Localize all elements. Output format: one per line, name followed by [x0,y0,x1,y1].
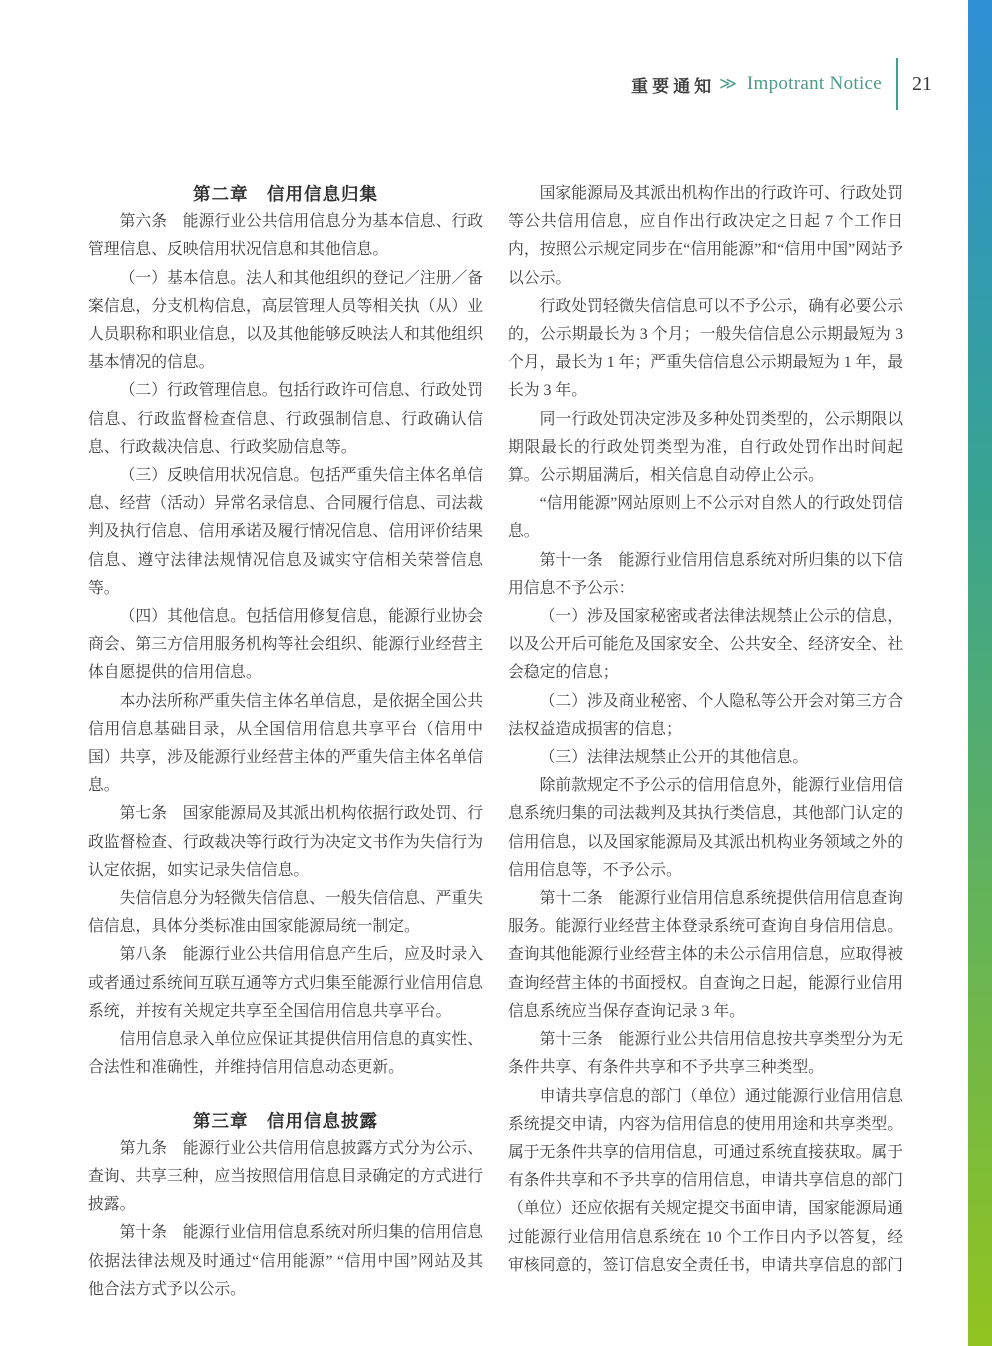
paragraph: 第十一条 能源行业信用信息系统对所归集的以下信用信息不予公示： [508,547,903,603]
paragraph: 信用信息录入单位应保证其提供信用信息的真实性、合法性和准确性，并维持信用信息动态… [88,1026,483,1082]
right-column: 国家能源局及其派出机构作出的行政许可、行政处罚等公共信用信息，应自作出行政决定之… [508,180,903,1304]
paragraph: （二）涉及商业秘密、个人隐私等公开会对第三方合法权益造成损害的信息； [508,688,903,744]
page-number: 21 [898,73,946,96]
paragraph: 失信信息分为轻微失信信息、一般失信信息、严重失信信息，具体分类标准由国家能源局统… [88,885,483,941]
document-page: 重要通知 ≫ Impotrant Notice 21 第二章 信用信息归集第六条… [0,0,992,1346]
document-body: 第二章 信用信息归集第六条 能源行业公共信用信息分为基本信息、行政管理信息、反映… [88,180,903,1304]
paragraph: 除前款规定不予公示的信用信息外，能源行业信用信息系统归集的司法裁判及其执行类信息… [508,772,903,885]
left-column: 第二章 信用信息归集第六条 能源行业公共信用信息分为基本信息、行政管理信息、反映… [88,180,483,1304]
paragraph: 第六条 能源行业公共信用信息分为基本信息、行政管理信息、反映信用状况信息和其他信… [88,208,483,264]
page-edge-gradient-bar [968,0,992,1346]
header-title-en: Impotrant Notice [747,73,882,95]
paragraph: （三）法律法规禁止公开的其他信息。 [508,744,903,772]
paragraph: 行政处罚轻微失信信息可以不予公示，确有必要公示的，公示期最长为 3 个月；一般失… [508,293,903,406]
paragraph: 第七条 国家能源局及其派出机构依据行政处罚、行政监督检查、行政裁决等行政行为决定… [88,800,483,885]
paragraph: （二）行政管理信息。包括行政许可信息、行政处罚信息、行政监督检查信息、行政强制信… [88,377,483,462]
paragraph: 第十二条 能源行业信用信息系统提供信用信息查询服务。能源行业经营主体登录系统可查… [508,885,903,1026]
paragraph: （一）涉及国家秘密或者法律法规禁止公示的信息，以及公开后可能危及国家安全、公共安… [508,603,903,688]
paragraph: 本办法所称严重失信主体名单信息，是依据全国公共信用信息基础目录，从全国信用信息共… [88,688,483,801]
header-title-zh: 重要通知 [631,72,715,97]
paragraph: 第九条 能源行业公共信用信息披露方式分为公示、查询、共享三种，应当按照信用信息目… [88,1135,483,1220]
double-chevron-icon: ≫ [719,74,737,94]
paragraph: 申请共享信息的部门（单位）通过能源行业信用信息系统提交申请，内容为信用信息的使用… [508,1083,903,1280]
chapter-heading: 第三章 信用信息披露 [88,1107,483,1135]
paragraph: （一）基本信息。法人和其他组织的登记／注册／备案信息，分支机构信息，高层管理人员… [88,265,483,378]
paragraph: “信用能源”网站原则上不公示对自然人的行政处罚信息。 [508,490,903,546]
chapter-heading: 第二章 信用信息归集 [88,180,483,208]
paragraph: 同一行政处罚决定涉及多种处罚类型的，公示期限以期限最长的行政处罚类型为准，自行政… [508,406,903,491]
paragraph: 第十三条 能源行业公共信用信息按共享类型分为无条件共享、有条件共享和不予共享三种… [508,1026,903,1082]
paragraph: 第八条 能源行业公共信用信息产生后，应及时录入或者通过系统间互联互通等方式归集至… [88,941,483,1026]
paragraph: （四）其他信息。包括信用修复信息，能源行业协会商会、第三方信用服务机构等社会组织… [88,603,483,688]
page-header: 重要通知 ≫ Impotrant Notice 21 [0,58,946,110]
paragraph: 国家能源局及其派出机构作出的行政许可、行政处罚等公共信用信息，应自作出行政决定之… [508,180,903,293]
paragraph: （三）反映信用状况信息。包括严重失信主体名单信息、经营（活动）异常名录信息、合同… [88,462,483,603]
paragraph: 第十条 能源行业信用信息系统对所归集的信用信息依据法律法规及时通过“信用能源” … [88,1219,483,1304]
